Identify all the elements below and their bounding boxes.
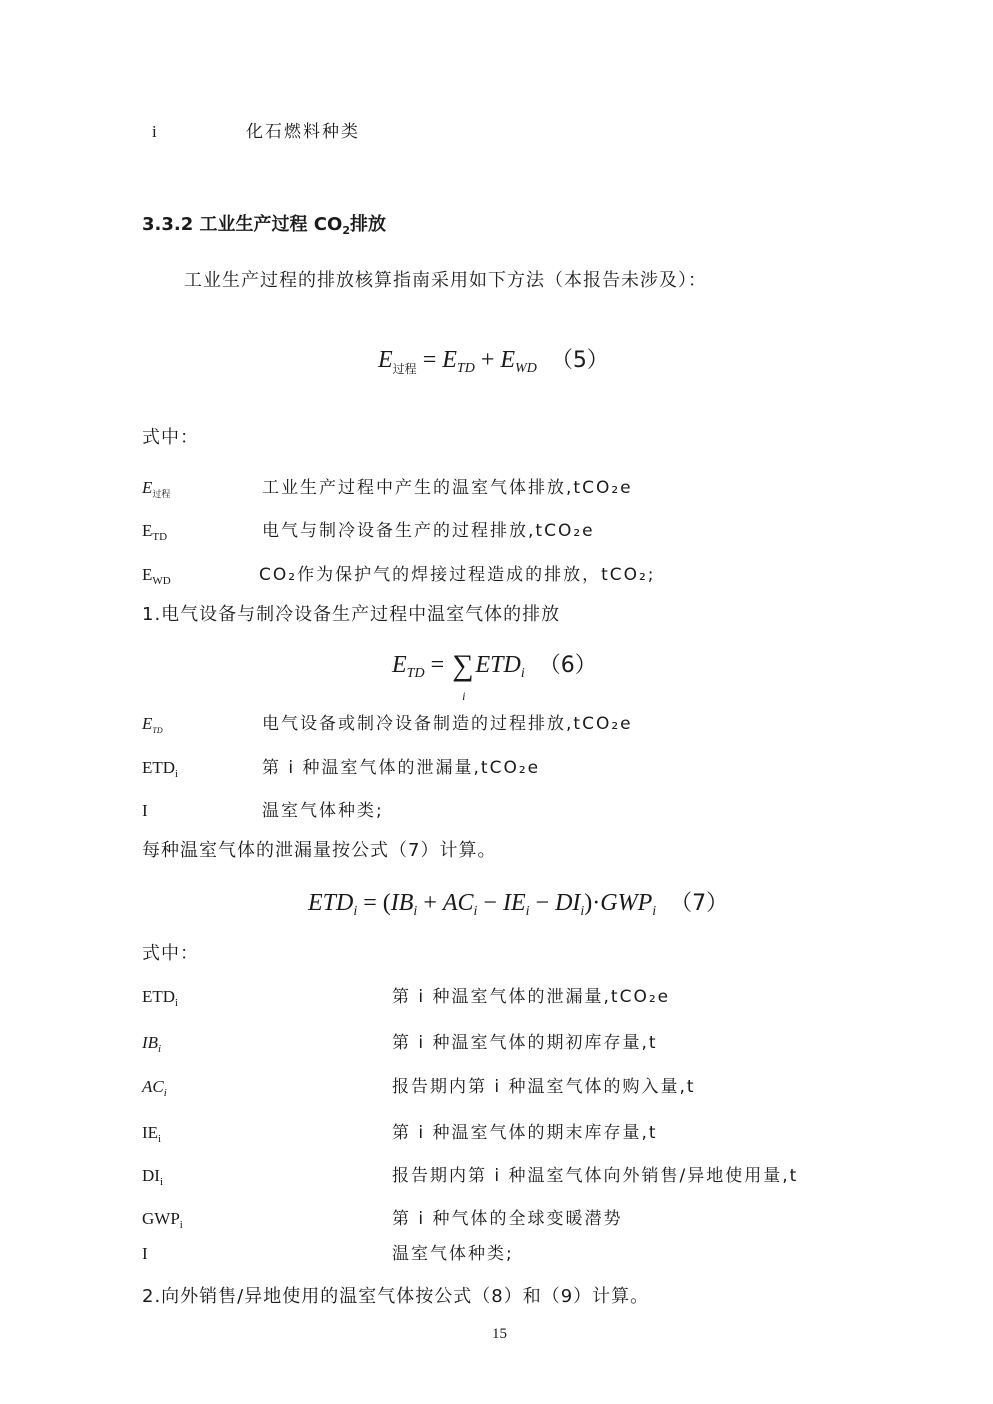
def-term-e-td: ETD <box>142 519 167 549</box>
variable-desc-fuel-type: 化石燃料种类 <box>246 120 360 144</box>
formula-7: ETDi = (IBi + ACi − IEi − DIi)·GWPi（7） <box>308 888 728 927</box>
def-term-gwp: GWPi <box>142 1207 183 1237</box>
def-term-etd-i: ETDi <box>142 756 178 786</box>
def-term-ac: ACi <box>142 1075 167 1105</box>
def-term-e-td-2: ETD <box>142 712 163 743</box>
list-item-2: 2.向外销售/异地使用的温室气体按公式（8）和（9）计算。 <box>142 1285 649 1309</box>
section-title: 工业生产过程 CO2排放 <box>200 214 386 235</box>
formula-7-intro: 每种温室气体的泄漏量按公式（7）计算。 <box>142 839 496 863</box>
where-label-1: 式中： <box>142 426 199 450</box>
def-desc-di: 报告期内第 i 种温室气体向外销售/异地使用量,t <box>392 1164 798 1188</box>
def-term-etd: ETDi <box>142 985 178 1015</box>
formula-6: ETD = ∑iETDi（6） <box>392 650 597 689</box>
def-desc-ib: 第 i 种温室气体的期初库存量,t <box>392 1031 658 1055</box>
def-term-i-2: I <box>142 1242 148 1266</box>
def-desc-e-process: 工业生产过程中产生的温室气体排放,tCO₂e <box>262 476 633 500</box>
variable-term-i: i <box>152 120 157 144</box>
def-desc-i-2: 温室气体种类; <box>392 1242 514 1266</box>
def-desc-ie: 第 i 种温室气体的期末库存量,t <box>392 1121 658 1145</box>
summation-symbol: ∑i <box>452 651 473 681</box>
def-term-e-wd: EWD <box>142 563 171 593</box>
equation-number-6: （6） <box>539 653 597 678</box>
def-desc-e-wd: CO₂作为保护气的焊接过程造成的排放，tCO₂; <box>259 563 656 587</box>
list-item-1: 1.电气设备与制冷设备生产过程中温室气体的排放 <box>142 603 560 627</box>
def-desc-ac: 报告期内第 i 种温室气体的购入量,t <box>392 1075 696 1099</box>
where-label-2: 式中： <box>142 942 199 966</box>
page-number: 15 <box>492 1326 507 1343</box>
equation-number-7: （7） <box>670 891 728 916</box>
def-desc-etd-i: 第 i 种温室气体的泄漏量,tCO₂e <box>262 756 540 780</box>
section-heading: 3.3.2 工业生产过程 CO2排放 <box>142 213 386 243</box>
def-term-i-gas-types: I <box>142 799 148 823</box>
def-desc-etd: 第 i 种温室气体的泄漏量,tCO₂e <box>392 985 670 1009</box>
intro-paragraph: 工业生产过程的排放核算指南采用如下方法（本报告未涉及）： <box>184 269 707 293</box>
def-term-ie: IEi <box>142 1121 161 1151</box>
section-number: 3.3.2 <box>142 214 193 235</box>
def-desc-e-td: 电气与制冷设备生产的过程排放,tCO₂e <box>262 519 595 543</box>
equation-number-5: （5） <box>551 348 609 373</box>
def-term-ib: IBi <box>142 1031 161 1061</box>
formula-5: E过程 = ETD + EWD（5） <box>378 345 609 384</box>
def-desc-e-td-2: 电气设备或制冷设备制造的过程排放,tCO₂e <box>262 712 633 736</box>
def-term-e-process: E过程 <box>142 476 170 507</box>
def-term-di: DIi <box>142 1164 163 1194</box>
def-desc-gwp: 第 i 种气体的全球变暖潜势 <box>392 1207 623 1231</box>
def-desc-i-gas-types: 温室气体种类; <box>262 799 384 823</box>
